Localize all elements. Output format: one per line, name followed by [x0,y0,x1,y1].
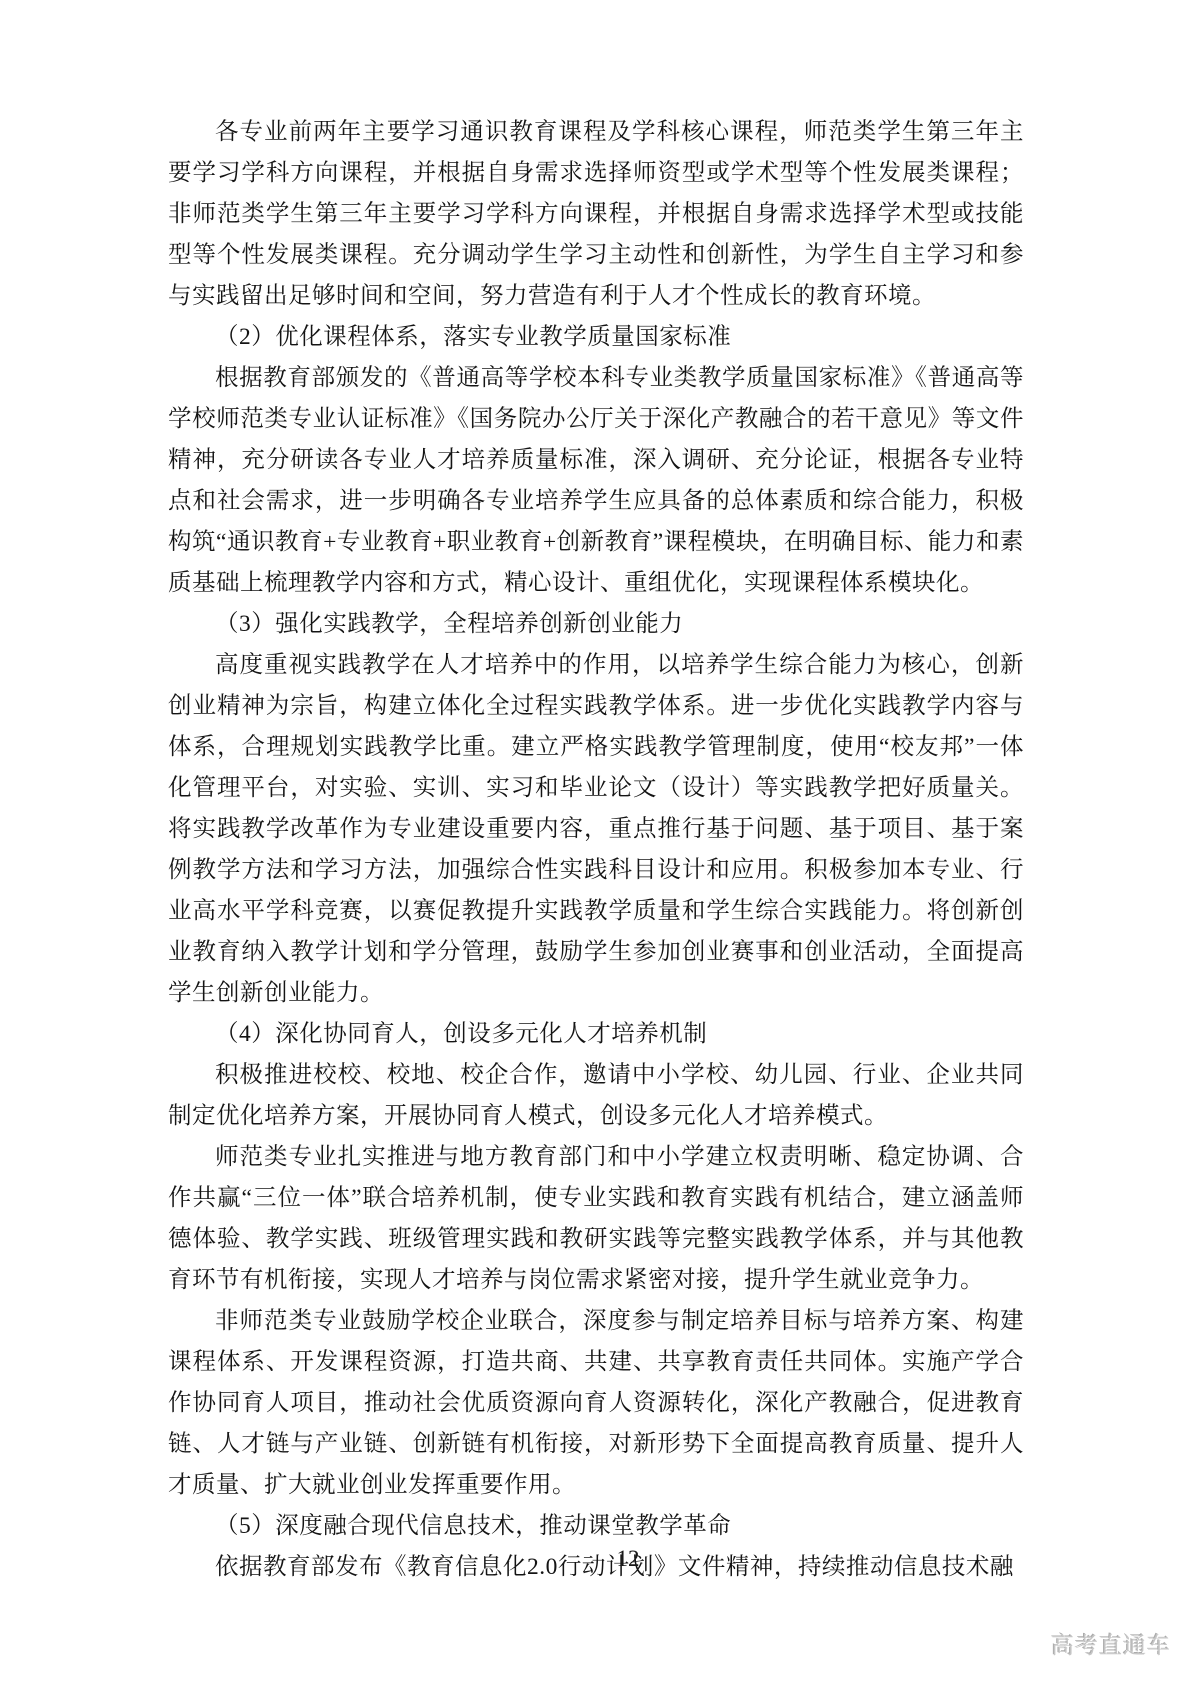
document-page: 各专业前两年主要学习通识教育课程及学科核心课程，师范类学生第三年主要学习学科方向… [0,0,1191,1684]
page-number: 12 [168,1546,1088,1572]
paragraph: 师范类专业扎实推进与地方教育部门和中小学建立权责明晰、稳定协调、合作共赢“三位一… [168,1137,1024,1301]
section-heading: （2）优化课程体系，落实专业教学质量国家标准 [168,317,1024,358]
paragraph: 各专业前两年主要学习通识教育课程及学科核心课程，师范类学生第三年主要学习学科方向… [168,112,1024,317]
paragraph: 积极推进校校、校地、校企合作，邀请中小学校、幼儿园、行业、企业共同制定优化培养方… [168,1055,1024,1137]
section-heading: （5）深度融合现代信息技术，推动课堂教学革命 [168,1506,1024,1547]
watermark: 高考直通车 [1051,1627,1171,1660]
section-heading: （4）深化协同育人，创设多元化人才培养机制 [168,1014,1024,1055]
document-body: 各专业前两年主要学习通识教育课程及学科核心课程，师范类学生第三年主要学习学科方向… [168,112,1024,1588]
section-heading: （3）强化实践教学，全程培养创新创业能力 [168,604,1024,645]
paragraph: 非师范类专业鼓励学校企业联合，深度参与制定培养目标与培养方案、构建课程体系、开发… [168,1301,1024,1506]
paragraph: 高度重视实践教学在人才培养中的作用，以培养学生综合能力为核心，创新创业精神为宗旨… [168,645,1024,1014]
paragraph: 根据教育部颁发的《普通高等学校本科专业类教学质量国家标准》《普通高等学校师范类专… [168,358,1024,604]
